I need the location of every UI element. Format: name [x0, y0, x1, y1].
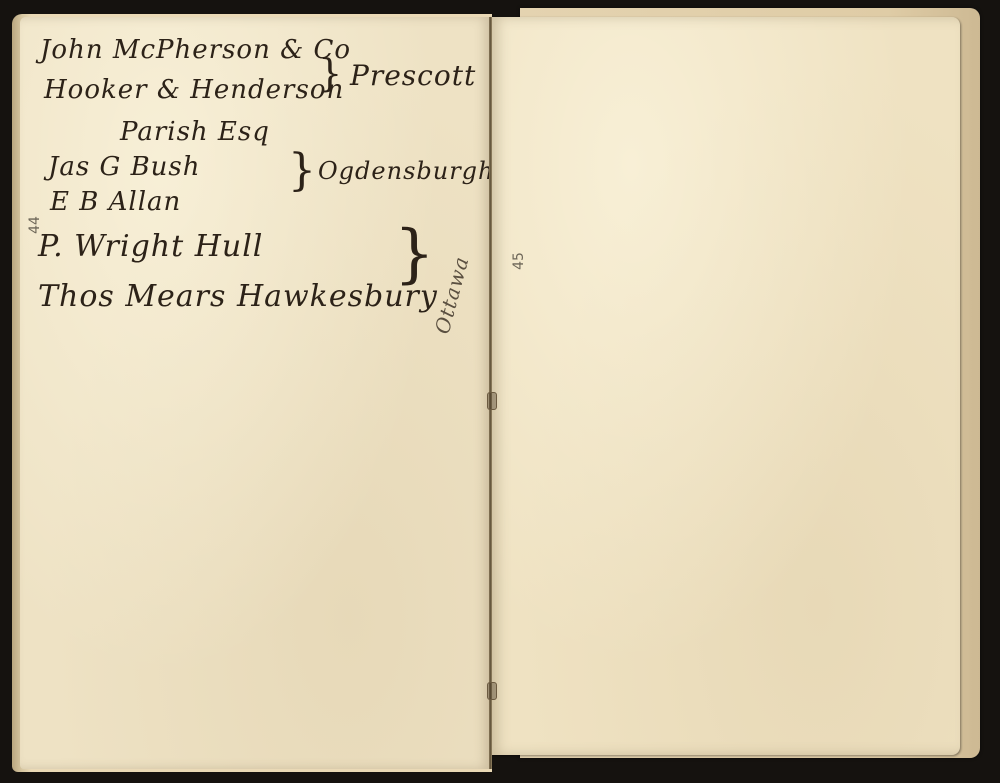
- left-page: John McPherson & Co Hooker & Henderson }…: [20, 17, 490, 769]
- place-prescott: Prescott: [350, 59, 476, 92]
- right-page: 45: [490, 17, 960, 755]
- page-number-right: 45: [511, 252, 527, 270]
- entry-line-2: Hooker & Henderson: [44, 75, 344, 105]
- entry-line-3: Parish Esq: [120, 117, 270, 147]
- brace-prescott: }: [318, 51, 342, 95]
- entry-line-7: Thos Mears Hawkesbury: [38, 279, 438, 314]
- brace-ottawa: }: [394, 217, 435, 291]
- entry-line-5: E B Allan: [50, 187, 181, 217]
- entry-line-6: P. Wright Hull: [38, 229, 263, 264]
- binding-stitch-middle: [487, 392, 497, 410]
- open-notebook: John McPherson & Co Hooker & Henderson }…: [0, 0, 1000, 783]
- entry-line-4: Jas G Bush: [48, 152, 201, 182]
- entry-line-1: John McPherson & Co: [40, 35, 351, 65]
- place-ogdensburgh: Ogdensburgh: [318, 157, 495, 185]
- brace-ogdensburgh: }: [288, 145, 316, 196]
- binding-stitch-bottom: [487, 682, 497, 700]
